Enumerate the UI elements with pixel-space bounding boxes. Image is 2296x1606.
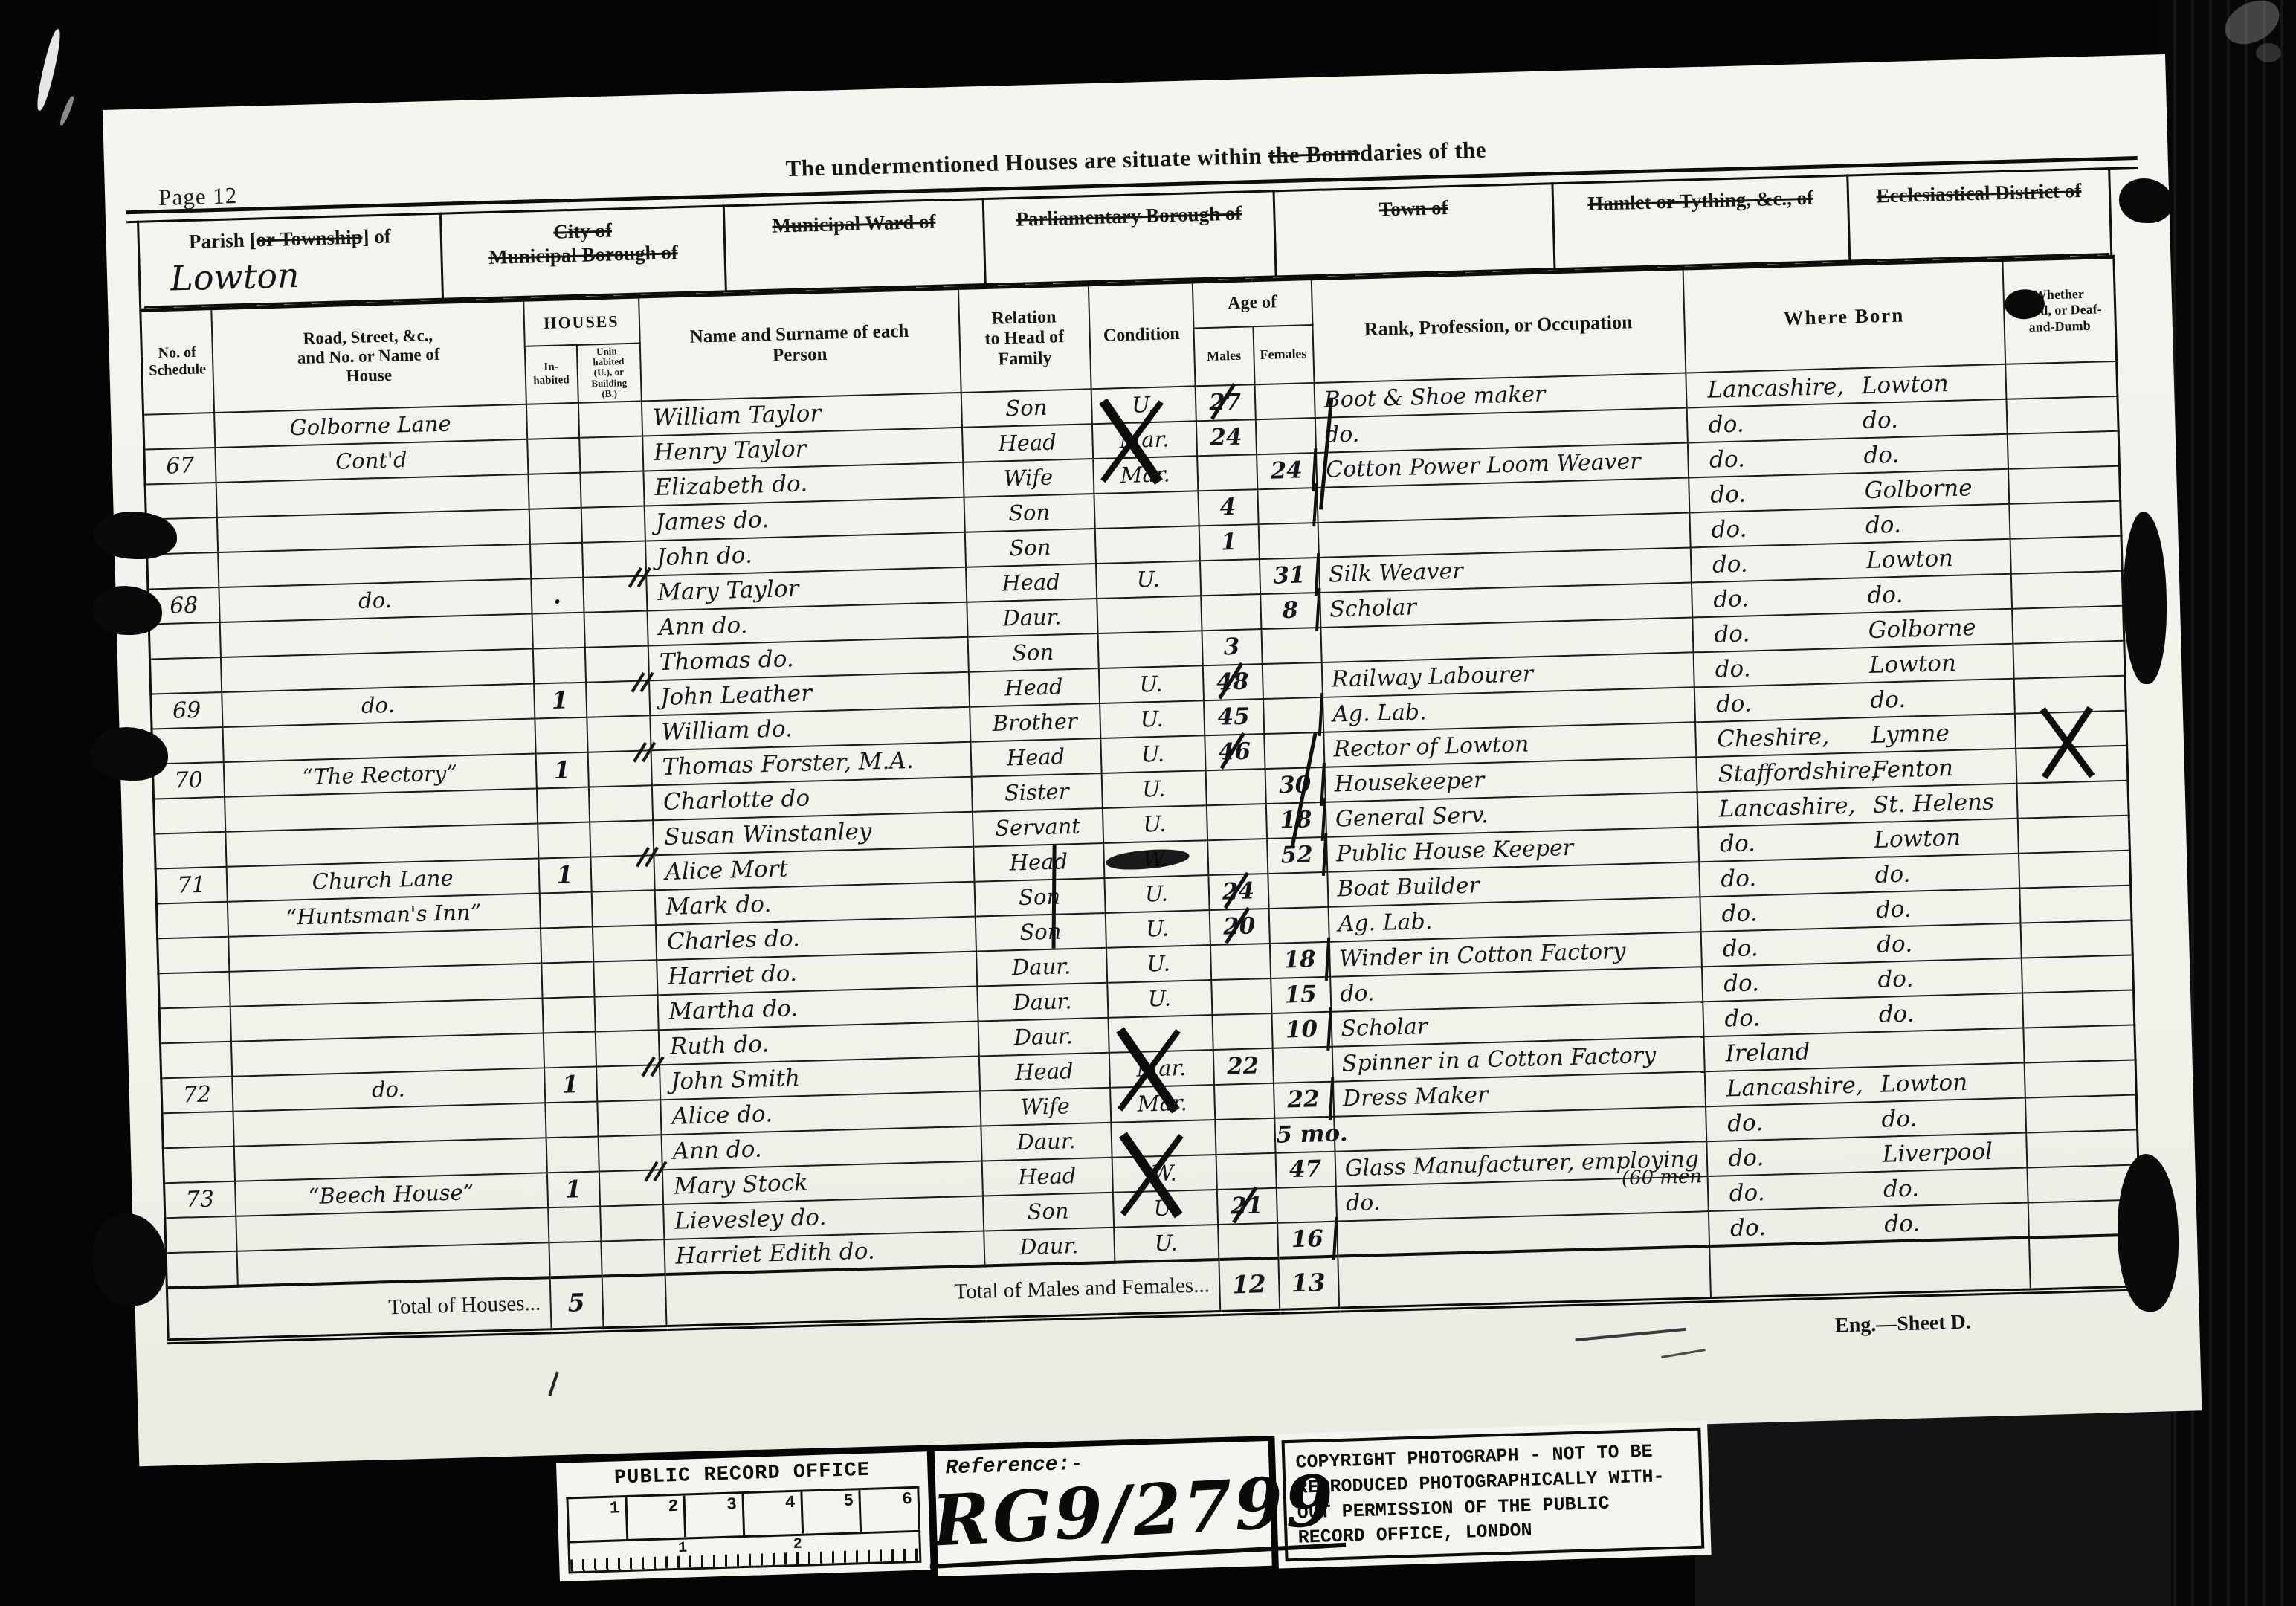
total-females-value: 13 xyxy=(1278,1256,1339,1311)
cell-blind xyxy=(2005,361,2118,399)
cell-age-female xyxy=(1258,523,1318,559)
cell-blind xyxy=(2010,535,2122,573)
cell-uninhabited xyxy=(601,1239,665,1276)
cell-inhabited xyxy=(529,542,582,578)
total-males-value: 12 xyxy=(1219,1257,1280,1312)
cell-blind xyxy=(2010,570,2123,608)
cell-age-female xyxy=(1255,418,1315,454)
ruler-inch-number: 1 xyxy=(678,1540,688,1557)
cell-schedule xyxy=(162,1111,233,1148)
cell-age-male: 1 xyxy=(1199,524,1259,561)
cell-schedule xyxy=(143,413,215,450)
column-header-condition: Condition xyxy=(1103,324,1180,346)
cell-age-male xyxy=(1210,943,1270,979)
cell-inhabited: 1 xyxy=(534,682,587,718)
cell-uninhabited xyxy=(590,855,654,891)
cell-condition: Mar. xyxy=(1093,456,1198,494)
cell-age-male xyxy=(1206,804,1266,840)
census-form-page: Page 12 The undermentioned Houses are si… xyxy=(103,54,2202,1466)
cell-uninhabited xyxy=(598,1135,662,1171)
cell-age-male: 46 xyxy=(1205,734,1265,770)
cell-empty xyxy=(1709,1237,2031,1300)
cell-age-male xyxy=(1216,1152,1276,1189)
ink-mark xyxy=(1661,1349,1706,1358)
cell-blind xyxy=(2008,465,2121,503)
cell-inhabited: 1 xyxy=(538,857,591,893)
cell-age-male xyxy=(1199,559,1260,596)
cell-blind xyxy=(2006,396,2118,433)
cell-uninhabited xyxy=(578,401,642,437)
cell-age-female: 22 xyxy=(1273,1081,1333,1118)
cell-inhabited: 1 xyxy=(546,1171,599,1207)
cell-age-male: 3 xyxy=(1202,629,1262,665)
cell-uninhabited xyxy=(591,890,655,926)
column-header-males: Males xyxy=(1207,348,1242,364)
cell-age-female: 10 xyxy=(1271,1011,1332,1048)
reference-stamp: Reference:- RG9/2799 xyxy=(935,1441,1272,1576)
cell-age-male: 48 xyxy=(1202,664,1263,700)
cell-condition: U. xyxy=(1104,875,1209,913)
column-header-females: Females xyxy=(1260,346,1307,362)
column-header-age: Age of xyxy=(1228,293,1277,314)
cell-blind xyxy=(2012,605,2124,643)
cell-condition: U. xyxy=(1095,561,1200,599)
district-field: City of Municipal Borough of xyxy=(442,204,727,300)
parish-value: Lowton xyxy=(170,255,300,299)
cell-age-female: 8 xyxy=(1260,592,1320,628)
cell-inhabited xyxy=(543,1031,596,1068)
cell-relation: Head xyxy=(978,1052,1109,1091)
cell-condition: Mar. xyxy=(1109,1050,1213,1088)
cell-inhabited xyxy=(539,891,592,928)
cell-condition: U. xyxy=(1091,386,1196,424)
cell-schedule xyxy=(149,657,221,694)
cell-uninhabited xyxy=(584,645,648,682)
cell-inhabited xyxy=(532,647,585,683)
ink-mark xyxy=(1575,1328,1686,1341)
cell-age-female: 31 xyxy=(1259,557,1319,593)
cell-relation: Wife xyxy=(980,1087,1111,1126)
archive-stamps: PUBLIC RECORD OFFICE 123456 12 Reference… xyxy=(556,1428,1705,1593)
film-smudge xyxy=(1695,1413,2171,1606)
cell-age-female: 18 xyxy=(1269,941,1329,978)
cell-relation: Servant xyxy=(972,807,1103,846)
cell-age-female xyxy=(1263,697,1323,733)
column-header-schedule: No. of Schedule xyxy=(149,344,206,379)
cell-age-male xyxy=(1215,1118,1275,1154)
cell-inhabited xyxy=(529,507,581,544)
cell-uninhabited xyxy=(593,960,657,996)
cell-age-female xyxy=(1276,1186,1336,1222)
cell-inhabited xyxy=(545,1101,598,1138)
cell-blind xyxy=(2022,990,2135,1028)
cell-blind xyxy=(2025,1094,2137,1132)
ruler-cm-cell: 2 xyxy=(627,1496,686,1539)
cell-inhabited: . xyxy=(531,577,584,613)
cell-uninhabited xyxy=(594,995,658,1031)
cell-schedule xyxy=(155,831,226,868)
cell-relation: Son xyxy=(975,912,1106,951)
cell-age-male xyxy=(1205,769,1265,805)
cell-age-male xyxy=(1197,454,1257,491)
cell-relation: Daur. xyxy=(984,1227,1115,1265)
ruler-cm-cell: 6 xyxy=(861,1489,918,1532)
cell-age-male: 22 xyxy=(1213,1048,1273,1084)
cell-relation: Head xyxy=(968,668,1099,707)
cell-age-female xyxy=(1268,871,1328,908)
cell-blind xyxy=(2019,850,2131,888)
cell-relation: Wife xyxy=(963,459,1094,497)
cell-uninhabited xyxy=(580,471,644,507)
ruler-cm-cell: 4 xyxy=(744,1492,803,1535)
cell-age-female: 5 mo. xyxy=(1274,1116,1335,1152)
cell-age-female: 16 xyxy=(1277,1221,1338,1257)
cell-condition xyxy=(1111,1120,1216,1158)
cell-condition: W. xyxy=(1112,1155,1216,1193)
cell-uninhabited xyxy=(586,680,650,717)
cell-schedule: 72 xyxy=(161,1076,233,1113)
cell-blind xyxy=(2023,1025,2135,1062)
cell-blind xyxy=(2007,430,2119,468)
cell-condition: U. xyxy=(1114,1224,1219,1262)
total-houses-label: Total of Houses... xyxy=(167,1277,551,1341)
cell-condition: Mar. xyxy=(1110,1085,1215,1123)
cell-age-male xyxy=(1218,1222,1278,1259)
ruler-inch-number: 2 xyxy=(793,1536,802,1553)
cell-schedule xyxy=(145,483,216,520)
cell-empty xyxy=(1338,1246,1711,1309)
cell-inhabited xyxy=(532,612,584,648)
cell-schedule xyxy=(158,971,230,1008)
cell-relation: Sister xyxy=(971,773,1102,811)
cell-blind xyxy=(2014,710,2126,748)
cell-condition: U. xyxy=(1100,700,1205,738)
cell-age-male: 4 xyxy=(1198,489,1258,526)
cell-inhabited xyxy=(526,402,578,439)
cell-relation: Daur. xyxy=(967,599,1097,637)
district-field: Parliamentary Borough of xyxy=(984,190,1277,286)
cell-age-male xyxy=(1207,839,1268,875)
cell-age-male: 21 xyxy=(1216,1187,1277,1224)
cell-condition: U. xyxy=(1112,1190,1217,1228)
cell-schedule: 67 xyxy=(144,448,216,485)
form-title-struck: the Boun xyxy=(1268,140,1361,168)
cell-inhabited: 1 xyxy=(544,1066,597,1103)
cell-inhabited xyxy=(528,472,581,509)
cell-relation: Son xyxy=(964,494,1094,532)
cell-condition xyxy=(1108,1015,1213,1053)
cell-condition: U. xyxy=(1102,805,1207,843)
cell-age-male: 24 xyxy=(1208,873,1268,909)
cell-uninhabited xyxy=(587,715,651,752)
cell-relation: Head xyxy=(973,842,1104,881)
cell-uninhabited xyxy=(592,925,656,961)
cell-uninhabited xyxy=(590,820,654,857)
census-photograph: Page 12 The undermentioned Houses are si… xyxy=(0,0,2296,1606)
cell-schedule xyxy=(149,622,220,660)
cell-relation: Head xyxy=(966,564,1097,602)
cell-condition xyxy=(1094,526,1199,564)
cell-inhabited xyxy=(546,1136,599,1173)
cell-blind xyxy=(2017,815,2129,853)
cell-age-female xyxy=(1254,383,1315,419)
cell-relation: Daur. xyxy=(977,982,1108,1021)
cell-age-female xyxy=(1268,906,1329,943)
ruler-cm-cell: 5 xyxy=(802,1490,862,1533)
cell-schedule: 69 xyxy=(151,691,222,729)
cell-inhabited xyxy=(527,437,580,474)
cell-relation: Head xyxy=(981,1157,1112,1196)
cell-blind xyxy=(2013,675,2126,713)
ruler-cm-cell: 3 xyxy=(686,1494,745,1537)
cell-relation: Head xyxy=(970,738,1101,777)
census-table: No. of Schedule Road, Street, &c., and N… xyxy=(139,255,2143,1344)
column-header-occupation: Rank, Profession, or Occupation xyxy=(1364,312,1633,341)
cell-uninhabited xyxy=(588,785,652,822)
cell-relation: Brother xyxy=(970,703,1100,742)
cell-blind xyxy=(2019,885,2132,923)
sheet-note: Eng.—Sheet D. xyxy=(1835,1311,1972,1338)
ruler-cm-cell: 1 xyxy=(569,1497,628,1541)
film-scratch xyxy=(58,95,75,126)
cell-age-male xyxy=(1201,594,1261,631)
cell-schedule xyxy=(158,936,229,973)
film-glint xyxy=(2256,43,2281,62)
cell-inhabited: 1 xyxy=(535,752,588,788)
column-header-relation: Relation to Head of Family xyxy=(984,307,1064,369)
cell-relation: Son xyxy=(974,877,1105,916)
cell-schedule: 71 xyxy=(155,866,227,903)
cell-relation: Daur. xyxy=(981,1122,1112,1161)
district-field: Municipal Ward of xyxy=(725,198,987,292)
cell-blind xyxy=(2021,955,2133,993)
cell-blind xyxy=(2009,500,2121,538)
total-houses-value: 5 xyxy=(549,1276,603,1331)
cell-inhabited xyxy=(542,996,595,1033)
ink-blob xyxy=(2119,178,2173,223)
cell-condition xyxy=(1094,491,1199,529)
cell-schedule xyxy=(163,1146,234,1183)
cell-condition: U. xyxy=(1101,770,1206,808)
cell-schedule xyxy=(160,1041,231,1078)
cell-age-female xyxy=(1272,1046,1332,1083)
cell-condition xyxy=(1097,596,1202,633)
column-header-road: Road, Street, &c., and No. or Name of Ho… xyxy=(297,326,439,386)
cell-condition: U. xyxy=(1107,980,1212,1018)
cell-uninhabited xyxy=(584,610,648,647)
cell-age-female: 47 xyxy=(1275,1151,1335,1187)
cell-blind xyxy=(2020,920,2132,958)
cell-relation: Daur. xyxy=(978,1017,1109,1056)
form-title-text: The undermentioned Houses are situate wi… xyxy=(785,143,1268,182)
ink-mark xyxy=(548,1371,559,1396)
cell-uninhabited xyxy=(597,1100,661,1136)
cell-blind xyxy=(2016,780,2129,818)
ink-mark xyxy=(1105,845,1190,872)
cell-inhabited xyxy=(548,1206,601,1242)
cell-inhabited xyxy=(535,717,587,753)
cell-uninhabited xyxy=(579,436,643,472)
column-header-name: Name and Surname of each Person xyxy=(689,320,909,366)
column-header-uninhabited: Unin- habited (U.), or Building (B.) xyxy=(591,345,627,399)
cell-schedule xyxy=(165,1216,236,1253)
cell-uninhabited xyxy=(596,1065,660,1101)
cell-inhabited xyxy=(538,822,590,858)
cell-relation: Son xyxy=(967,633,1098,672)
cell-inhabited xyxy=(549,1241,602,1277)
cell-relation: Son xyxy=(964,529,1095,567)
film-scratch xyxy=(34,28,64,112)
cell-age-male: 20 xyxy=(1209,908,1269,944)
cell-age-female: 15 xyxy=(1271,976,1331,1013)
cell-age-male xyxy=(1211,978,1271,1014)
cell-uninhabited xyxy=(583,575,647,612)
cell-age-male xyxy=(1212,1013,1272,1049)
district-field: Ecclesiastical District of xyxy=(1848,167,2110,262)
district-field: Hamlet or Tything, &c., of xyxy=(1553,175,1851,271)
cell-blind xyxy=(2016,745,2128,783)
cell-schedule xyxy=(147,552,219,590)
pro-title: PUBLIC RECORD OFFICE xyxy=(565,1458,919,1491)
cell-age-female: 30 xyxy=(1265,767,1325,803)
cell-uninhabited xyxy=(587,750,651,787)
cell-age-female xyxy=(1262,662,1322,698)
cell-uninhabited xyxy=(595,1030,659,1066)
cell-age-male: 45 xyxy=(1204,699,1264,735)
cell-condition: U. xyxy=(1106,945,1210,983)
cell-condition: W. xyxy=(1103,840,1208,878)
cell-condition: Mar. xyxy=(1091,421,1196,459)
cell-uninhabited xyxy=(600,1204,664,1241)
cell-age-female: 24 xyxy=(1257,453,1317,489)
cell-age-female: 52 xyxy=(1267,836,1327,873)
cell-blind xyxy=(2024,1060,2136,1097)
cell-age-male: 24 xyxy=(1196,419,1256,456)
district-field-parish: Parish [or Township] ofLowton xyxy=(139,213,444,309)
cell-blind xyxy=(2026,1129,2138,1167)
cell-schedule: 73 xyxy=(164,1181,236,1218)
ink-blob xyxy=(94,512,177,559)
cell-inhabited xyxy=(536,787,589,823)
column-header-inhabited: In- habited xyxy=(533,361,570,387)
cell-uninhabited xyxy=(599,1170,662,1206)
cell-condition xyxy=(1097,631,1202,668)
cell-blind xyxy=(2013,640,2125,678)
cell-schedule xyxy=(156,901,228,938)
cell-age-male xyxy=(1214,1083,1274,1119)
cell-uninhabited xyxy=(581,506,645,542)
cell-schedule xyxy=(154,796,225,833)
cell-age-male: 27 xyxy=(1195,384,1255,421)
cell-empty xyxy=(602,1274,666,1329)
cell-condition: U. xyxy=(1100,735,1205,773)
cell-condition: U. xyxy=(1105,910,1210,948)
public-record-office-stamp: PUBLIC RECORD OFFICE 123456 12 xyxy=(556,1451,931,1581)
cell-inhabited xyxy=(540,926,593,963)
cell-relation: Head xyxy=(961,424,1092,462)
cell-inhabited xyxy=(541,961,594,998)
cell-relation: Daur. xyxy=(976,947,1107,986)
column-header-where-born: Where Born xyxy=(1783,303,1905,329)
cell-condition: U. xyxy=(1098,665,1203,703)
cell-relation: Son xyxy=(961,389,1091,428)
cell-schedule xyxy=(159,1006,230,1043)
cell-schedule xyxy=(166,1251,237,1288)
district-field: Town of xyxy=(1274,182,1555,277)
cell-age-female xyxy=(1257,488,1318,524)
form-title-text: daries of the xyxy=(1359,137,1486,167)
cell-relation: Son xyxy=(982,1192,1113,1231)
column-header-houses: HOUSES xyxy=(544,312,619,332)
cell-uninhabited xyxy=(581,541,645,577)
cell-age-female xyxy=(1261,627,1321,663)
